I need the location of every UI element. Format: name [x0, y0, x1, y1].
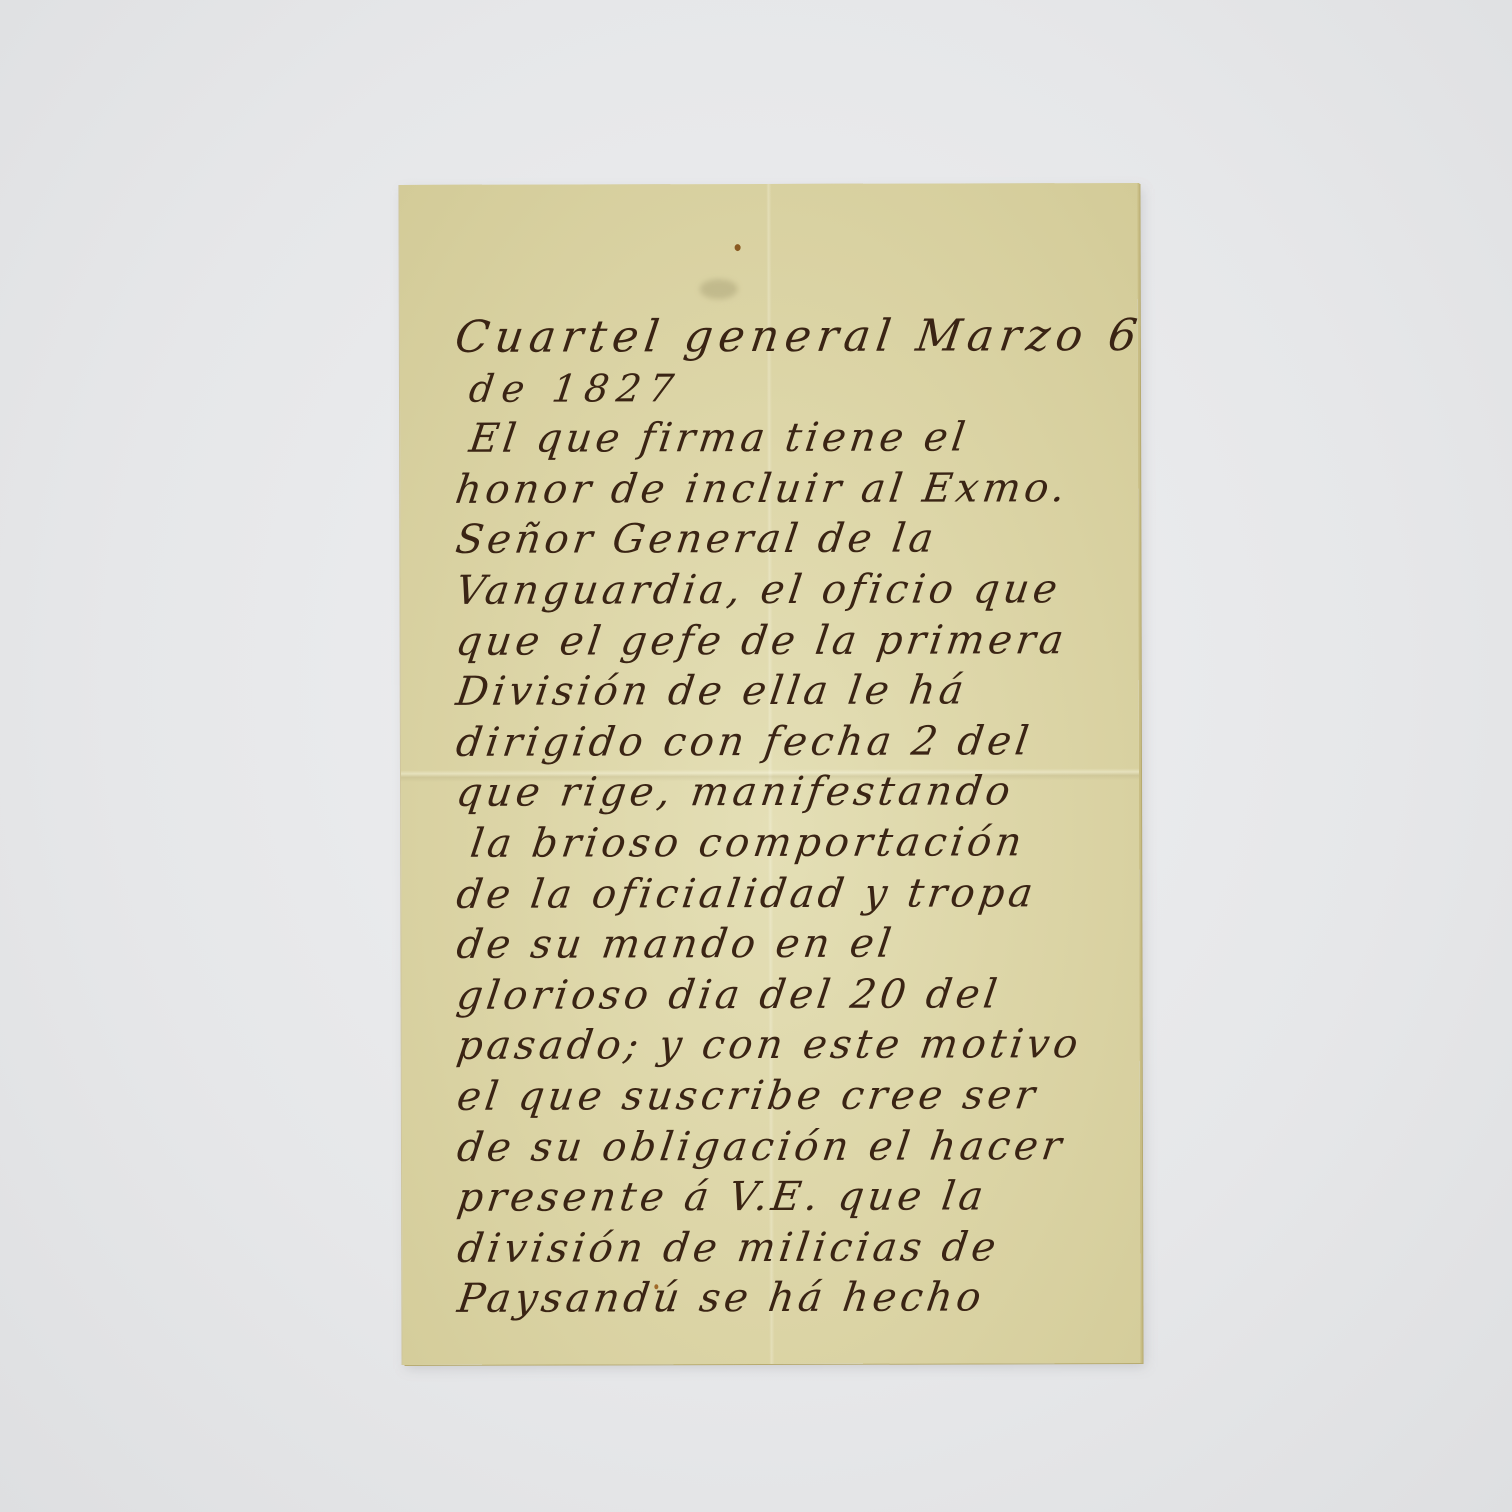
text-line: Vanguardia, el oficio que: [453, 564, 1140, 616]
text-line: que rige, manifestando: [453, 766, 1140, 818]
letter-heading: Cuartel general Marzo 6: [452, 311, 1139, 363]
text-line: la brioso comportación: [453, 817, 1140, 869]
text-line: presente á V.E. que la: [454, 1171, 1141, 1223]
text-line: el que suscribe cree ser: [454, 1070, 1141, 1122]
text-line: División de ella le há: [453, 665, 1140, 717]
text-line: El que firma tiene el: [452, 412, 1139, 464]
text-line: división de milicias de: [454, 1222, 1141, 1274]
letter-date: de 1827: [452, 362, 1139, 414]
text-line: de su mando en el: [454, 918, 1141, 970]
text-line: de la oficialidad y tropa: [453, 868, 1140, 920]
handwritten-text: Cuartel general Marzo 6 de 1827 El que f…: [452, 311, 1135, 1325]
text-line: dirigido con fecha 2 del: [453, 716, 1140, 768]
paper-smudge: [700, 279, 738, 299]
text-line: pasado; y con este motivo: [454, 1019, 1141, 1071]
text-line: que el gefe de la primera: [453, 615, 1140, 667]
letter-sheet: Cuartel general Marzo 6 de 1827 El que f…: [398, 183, 1140, 1365]
text-line: Señor General de la: [452, 513, 1139, 565]
text-line: de su obligación el hacer: [454, 1121, 1141, 1173]
text-line: Paysandú se há hecho: [454, 1272, 1141, 1324]
text-line: honor de incluir al Exmo.: [452, 463, 1139, 515]
ink-spot: [735, 244, 741, 251]
text-line: glorioso dia del 20 del: [454, 969, 1141, 1021]
